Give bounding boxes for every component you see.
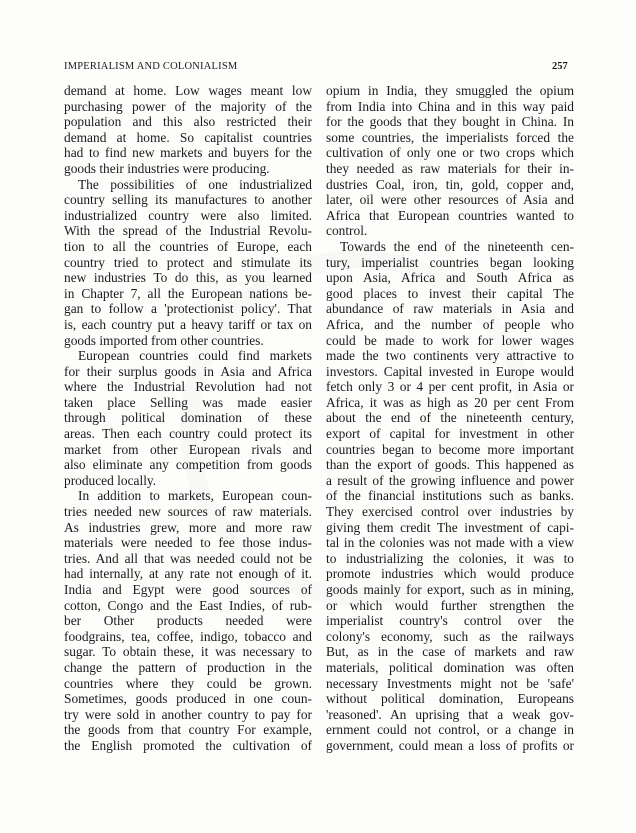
text-line: demand at home. So capitalist countries <box>64 130 312 146</box>
text-line: Africa that European countries wanted to <box>326 208 574 224</box>
text-line: a result of the growing influence and po… <box>326 473 574 489</box>
text-line: investors. Capital invested in Europe wo… <box>326 364 574 380</box>
text-line: also eliminate any competition from good… <box>64 457 312 473</box>
text-line: countries where they could be grown. <box>64 676 312 692</box>
text-line: foodgrains, tea, coffee, indigo, tobacco… <box>64 629 312 645</box>
text-line: taken place Selling was made easier <box>64 395 312 411</box>
book-page: IMPERIALISM AND COLONIALISM 257 demand a… <box>0 0 636 833</box>
right-column: opium in India, they smuggled the opiumf… <box>326 83 574 754</box>
text-line: dustries Coal, iron, tin, gold, copper a… <box>326 177 574 193</box>
text-line: ber Other products needed were <box>64 613 312 629</box>
text-line: cultivation of only one or two crops whi… <box>326 145 574 161</box>
text-line: made the two continents very attractive … <box>326 348 574 364</box>
text-line: export of capital for investment in othe… <box>326 426 574 442</box>
text-line: industrialized country were also limited… <box>64 208 312 224</box>
running-head: IMPERIALISM AND COLONIALISM <box>64 61 237 72</box>
text-line: areas. Then each country could protect i… <box>64 426 312 442</box>
text-line: promote industries which would produce <box>326 566 574 582</box>
text-line: government, could mean a loss of profits… <box>326 738 574 754</box>
text-line: They exercised control over industries b… <box>326 504 574 520</box>
text-line: later, oil were other resources of Asia … <box>326 192 574 208</box>
text-line: materials, political domination was ofte… <box>326 660 574 676</box>
text-line: In addition to markets, European coun- <box>64 488 312 504</box>
text-line: sugar. To obtain these, it was necessary… <box>64 644 312 660</box>
text-line: without political domination, Europeans <box>326 691 574 707</box>
text-line: giving them credit The investment of cap… <box>326 520 574 536</box>
text-line: the goods from that country For example, <box>64 722 312 738</box>
text-line: European countries could find markets <box>64 348 312 364</box>
text-line: opium in India, they smuggled the opium <box>326 83 574 99</box>
text-line: country selling its manufactures to anot… <box>64 192 312 208</box>
text-line: to industrializing the colonies, it was … <box>326 551 574 567</box>
text-line: ernment could not control, or a change i… <box>326 722 574 738</box>
text-line: control. <box>326 223 574 239</box>
text-line: colony's economy, such as the railways <box>326 629 574 645</box>
text-line: tries. And all that was needed could not… <box>64 551 312 567</box>
text-line: upon Asia, Africa and South Africa as <box>326 270 574 286</box>
text-line: where the Industrial Revolution had not <box>64 379 312 395</box>
text-line: of the financial institutions such as ba… <box>326 488 574 504</box>
text-line: the English promoted the cultivation of <box>64 738 312 754</box>
text-line: population and this also restricted thei… <box>64 114 312 130</box>
text-line: goods mainly for export, such as in mini… <box>326 582 574 598</box>
text-line: good places to invest their capital The <box>326 286 574 302</box>
text-line: or which would further strengthen the <box>326 598 574 614</box>
text-line: goods their industries were producing. <box>64 161 312 177</box>
text-line: from India into China and in this way pa… <box>326 99 574 115</box>
text-line: had to find new markets and buyers for t… <box>64 145 312 161</box>
text-line: tries needed new sources of raw material… <box>64 504 312 520</box>
text-line: in Chapter 7, all the European nations b… <box>64 286 312 302</box>
text-line: materials were needed to fee those indus… <box>64 535 312 551</box>
text-line: try were sold in another country to pay … <box>64 707 312 723</box>
left-column: demand at home. Low wages meant lowpurch… <box>64 83 312 754</box>
text-line: purchasing power of the majority of the <box>64 99 312 115</box>
text-line: India and Egypt were good sources of <box>64 582 312 598</box>
text-line: The possibilities of one industrialized <box>64 177 312 193</box>
text-line: Africa, it was as high as 20 per cent Fr… <box>326 395 574 411</box>
text-line: necessary Investments might not be 'safe… <box>326 676 574 692</box>
text-line: some countries, the imperialists forced … <box>326 130 574 146</box>
text-line: imperialist country's control over the <box>326 613 574 629</box>
text-line: country tried to protect and stimulate i… <box>64 255 312 271</box>
text-line: for their surplus goods in Asia and Afri… <box>64 364 312 380</box>
text-line: abundance of raw materials in Asia and <box>326 301 574 317</box>
text-line: tury, imperialist countries began lookin… <box>326 255 574 271</box>
text-line: tion to all the countries of Europe, eac… <box>64 239 312 255</box>
text-line: they needed as raw materials for their i… <box>326 161 574 177</box>
text-line: As industries grew, more and more raw <box>64 520 312 536</box>
text-line: produced locally. <box>64 473 312 489</box>
page-number: 257 <box>552 61 568 72</box>
text-line: had internally, at any rate not enough o… <box>64 566 312 582</box>
text-line: change the pattern of production in the <box>64 660 312 676</box>
text-line: Sometimes, goods produced in one coun- <box>64 691 312 707</box>
text-line: is, each country put a heavy tariff or t… <box>64 317 312 333</box>
text-line: Towards the end of the nineteenth cen- <box>326 239 574 255</box>
text-line: goods imported from other countries. <box>64 333 312 349</box>
text-line: demand at home. Low wages meant low <box>64 83 312 99</box>
text-line: fetch only 3 or 4 per cent profit, in As… <box>326 379 574 395</box>
text-line: new industries To do this, as you learne… <box>64 270 312 286</box>
text-line: for the goods that they bought in China.… <box>326 114 574 130</box>
text-line: Africa, and the number of people who <box>326 317 574 333</box>
text-line: gan to follow a 'protectionist policy'. … <box>64 301 312 317</box>
text-line: could be made to work for lower wages <box>326 333 574 349</box>
text-line: about the end of the nineteenth century, <box>326 410 574 426</box>
text-line: market from other European rivals and <box>64 442 312 458</box>
text-line: cotton, Congo and the East Indies, of ru… <box>64 598 312 614</box>
text-line: 'reasoned'. An uprising that a weak gov- <box>326 707 574 723</box>
text-line: countries began to become more important <box>326 442 574 458</box>
text-line: than the export of goods. This happened … <box>326 457 574 473</box>
text-line: tal in the colonies was not made with a … <box>326 535 574 551</box>
text-line: With the spread of the Industrial Revolu… <box>64 223 312 239</box>
text-line: But, as in the case of markets and raw <box>326 644 574 660</box>
text-line: through political domination of these <box>64 410 312 426</box>
